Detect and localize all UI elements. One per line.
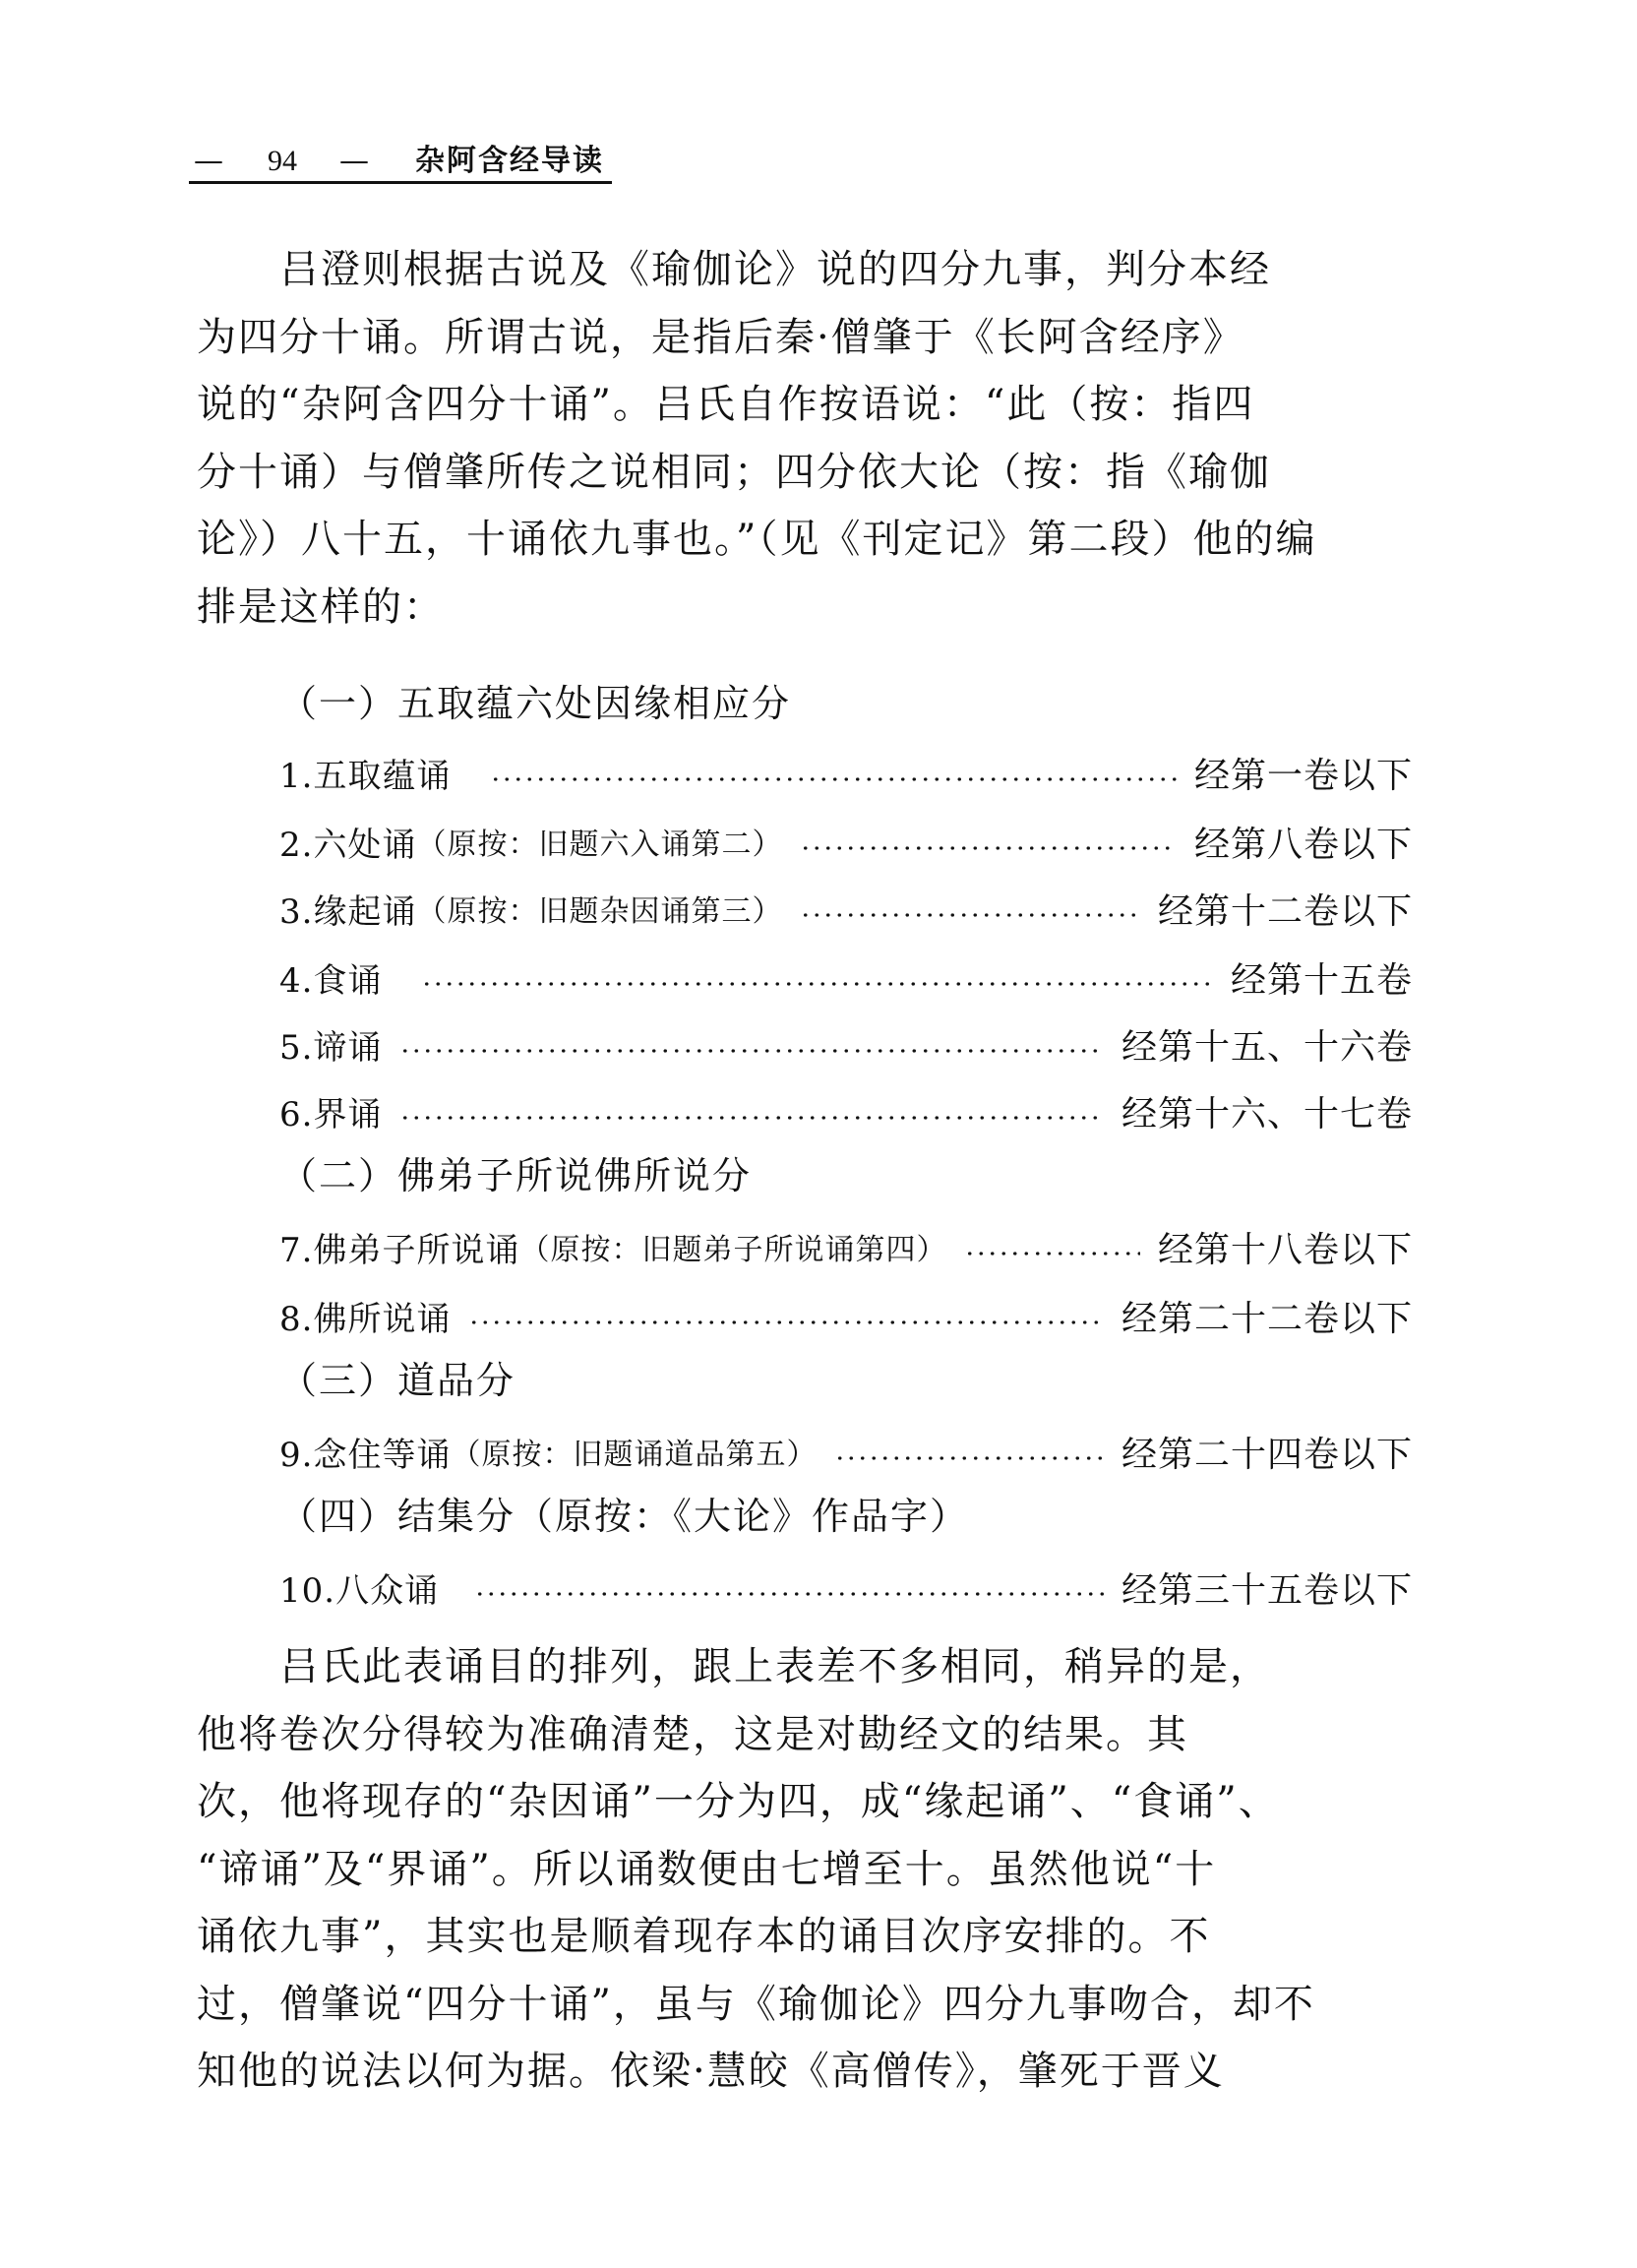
outline-entry: 7.佛弟子所说诵（原按：旧题弟子所说诵第四） 经第十八卷以下 <box>279 1224 1413 1269</box>
outline-entry: 6.界诵 经第十六、十七卷 <box>279 1088 1413 1134</box>
running-header: — 94 — 杂阿含经导读 <box>189 136 612 184</box>
dot-leader <box>399 1049 1104 1053</box>
entry-label: 8.佛所说诵 <box>279 1292 451 1340</box>
paragraph-2: 吕氏此表诵目的排列，跟上表差不多相同，稍异的是， 他将卷次分得较为准确清楚，这是… <box>197 1633 1417 2106</box>
entry-volume: 经第二十二卷以下 <box>1122 1291 1413 1341</box>
book-title: 杂阿含经导读 <box>415 142 604 181</box>
dot-leader <box>399 1116 1104 1120</box>
entry-note: （原按：旧题六入诵第二） <box>416 820 782 863</box>
paragraph-line: 知他的说法以何为据。依梁·慧皎《高僧传》，肇死于晋义 <box>197 2038 1417 2106</box>
outline-entry: 3.缘起诵（原按：旧题杂因诵第三） 经第十二卷以下 <box>279 886 1413 931</box>
outline-entry: 5.谛诵 经第十五、十六卷 <box>279 1021 1413 1067</box>
paragraph-line: “谛诵”及“界诵”。所以诵数便由七增至十。虽然他说“十 <box>197 1836 1417 1904</box>
entry-volume: 经第十五卷 <box>1231 952 1413 1003</box>
entry-label: 1.五取蕴诵 <box>279 749 451 797</box>
paragraph-line: 他将卷次分得较为准确清楚，这是对勘经文的结果。其 <box>197 1701 1417 1769</box>
entry-note: （原按：旧题杂因诵第三） <box>416 887 782 930</box>
paragraph-line: 过，僧肇说“四分十诵”，虽与《瑜伽论》四分九事吻合，却不 <box>197 1971 1417 2039</box>
dot-leader <box>800 913 1140 917</box>
dot-leader <box>490 777 1177 781</box>
outline-entry: 8.佛所说诵 经第二十二卷以下 <box>279 1293 1413 1338</box>
entry-volume: 经第二十四卷以下 <box>1122 1427 1413 1477</box>
entry-volume: 经第八卷以下 <box>1194 817 1413 867</box>
paragraph-line: 分十诵）与僧肇所传之说相同；四分依大论（按：指《瑜伽 <box>197 439 1417 507</box>
section-title: （四）结集分（原按：《大论》作品字） <box>279 1492 969 1541</box>
outline-entry: 10.八众诵 经第三十五卷以下 <box>279 1564 1413 1610</box>
paragraph-line: 排是这样的： <box>197 574 1417 642</box>
section-title: （三）道品分 <box>279 1356 515 1405</box>
header-dash-right: — <box>334 142 374 181</box>
dot-leader <box>474 1592 1104 1596</box>
entry-volume: 经第十六、十七卷 <box>1122 1086 1413 1136</box>
entry-volume: 经第三十五卷以下 <box>1122 1563 1413 1613</box>
section-title: （一）五取蕴六处因缘相应分 <box>279 679 791 728</box>
entry-note: （原按：旧题诵道品第五） <box>451 1430 817 1473</box>
outline-entry: 2.六处诵（原按：旧题六入诵第二） 经第八卷以下 <box>279 819 1413 864</box>
paragraph-line: 论》）八十五，十诵依九事也。”（见《刊定记》第二段）他的编 <box>197 506 1417 574</box>
paragraph-line: 诵依九事”，其实也是顺着现存本的诵目次序安排的。不 <box>197 1903 1417 1971</box>
page-number: 94 <box>268 142 297 181</box>
dot-leader <box>421 982 1213 986</box>
entry-volume: 经第十八卷以下 <box>1158 1222 1413 1272</box>
paragraph-line: 说的“杂阿含四分十诵”。吕氏自作按语说：“此（按：指四 <box>197 371 1417 439</box>
entry-volume: 经第一卷以下 <box>1194 748 1413 798</box>
entry-label: 7.佛弟子所说诵 <box>279 1223 519 1271</box>
dot-leader <box>834 1456 1104 1460</box>
outline-entry: 9.念住等诵（原按：旧题诵道品第五） 经第二十四卷以下 <box>279 1429 1413 1474</box>
outline-entry: 4.食诵 经第十五卷 <box>279 954 1413 1000</box>
paragraph-line: 吕氏此表诵目的排列，跟上表差不多相同，稍异的是， <box>197 1633 1417 1701</box>
dot-leader <box>468 1320 1104 1324</box>
paragraph-line: 为四分十诵。所谓古说，是指后秦·僧肇于《长阿含经序》 <box>197 304 1417 372</box>
entry-note: （原按：旧题弟子所说诵第四） <box>519 1225 946 1268</box>
entry-label: 10.八众诵 <box>279 1563 439 1612</box>
paragraph-line: 次，他将现存的“杂因诵”一分为四，成“缘起诵”、“食诵”、 <box>197 1768 1417 1836</box>
paragraph-1: 吕澄则根据古说及《瑜伽论》说的四分九事，判分本经 为四分十诵。所谓古说，是指后秦… <box>197 236 1417 641</box>
entry-label: 2.六处诵 <box>279 818 416 866</box>
entry-label: 6.界诵 <box>279 1087 382 1135</box>
entry-label: 5.谛诵 <box>279 1020 382 1069</box>
dot-leader <box>800 846 1177 850</box>
entry-volume: 经第十五、十六卷 <box>1122 1019 1413 1070</box>
entry-volume: 经第十二卷以下 <box>1158 884 1413 934</box>
outline-entry: 1.五取蕴诵 经第一卷以下 <box>279 750 1413 795</box>
paragraph-line: 吕澄则根据古说及《瑜伽论》说的四分九事，判分本经 <box>197 236 1417 304</box>
entry-label: 9.念住等诵 <box>279 1428 451 1476</box>
section-title: （二）佛弟子所说佛所说分 <box>279 1151 752 1200</box>
header-dash-left: — <box>189 142 228 181</box>
entry-label: 3.缘起诵 <box>279 885 416 933</box>
entry-label: 4.食诵 <box>279 953 382 1002</box>
dot-leader <box>964 1252 1140 1256</box>
